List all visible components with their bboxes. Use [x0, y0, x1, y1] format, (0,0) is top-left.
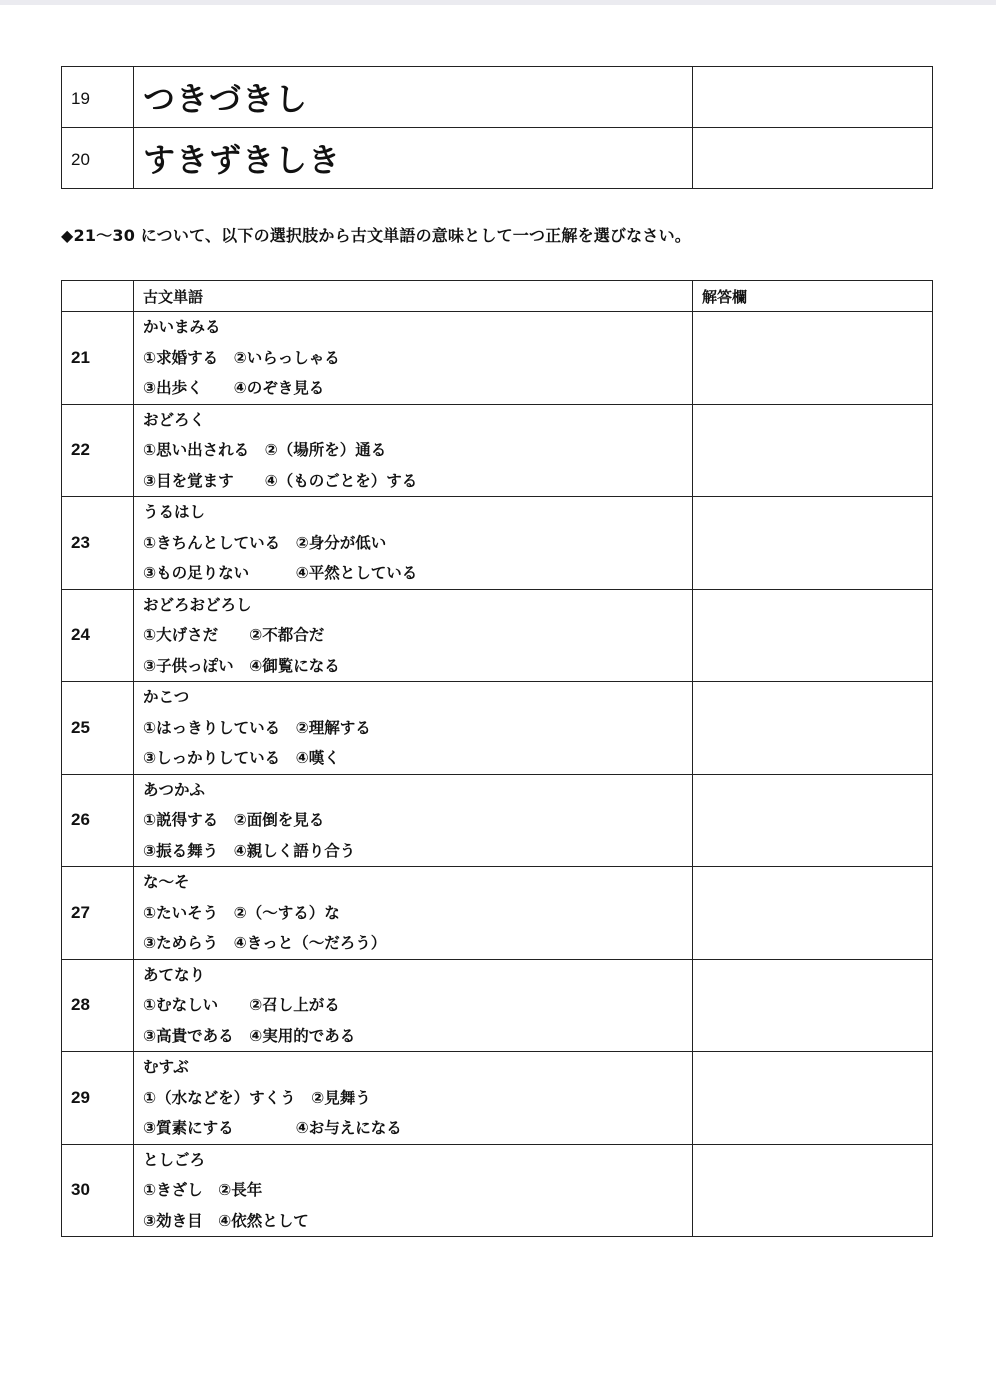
- choices-line-1: ①きちんとしている ②身分が低い: [143, 528, 692, 559]
- choices-line-2: ③高貴である ④実用的である: [143, 1021, 692, 1052]
- choices-line-2: ③もの足りない ④平然としている: [143, 558, 692, 589]
- kobun-word: かこつ: [143, 682, 692, 713]
- kobun-word: おどろく: [143, 405, 692, 436]
- question-number: 21: [62, 312, 134, 405]
- table-row: 25 かこつ ①はっきりしている ②理解する ③しっかりしている ④嘆く: [62, 682, 933, 775]
- answer-cell[interactable]: [693, 67, 933, 128]
- table-row: 23 うるはし ①きちんとしている ②身分が低い ③もの足りない ④平然としてい…: [62, 497, 933, 590]
- table-row: 21 かいまみる ①求婚する ②いらっしゃる ③出歩く ④のぞき見る: [62, 312, 933, 405]
- choices-line-1: ①説得する ②面倒を見る: [143, 805, 692, 836]
- question-cell: かいまみる ①求婚する ②いらっしゃる ③出歩く ④のぞき見る: [134, 312, 693, 405]
- choices-line-1: ①求婚する ②いらっしゃる: [143, 343, 692, 374]
- choices-line-1: ①はっきりしている ②理解する: [143, 713, 692, 744]
- choices-line-2: ③振る舞う ④親しく語り合う: [143, 836, 692, 867]
- question-number: 26: [62, 774, 134, 867]
- table-row: 27 な～そ ①たいそう ②（～する）な ③ためらう ④きっと（～だろう）: [62, 867, 933, 960]
- question-number: 27: [62, 867, 134, 960]
- kobun-word: な～そ: [143, 867, 692, 898]
- vocab-table-21-30: 古文単語 解答欄 21 かいまみる ①求婚する ②いらっしゃる ③出歩く ④のぞ…: [61, 280, 933, 1237]
- question-cell: むすぶ ①（水などを）すくう ②見舞う ③質素にする ④お与えになる: [134, 1052, 693, 1145]
- answer-cell[interactable]: [693, 1144, 933, 1237]
- question-cell: おどろく ①思い出される ②（場所を）通る ③目を覚ます ④（ものごとを）する: [134, 404, 693, 497]
- question-number: 23: [62, 497, 134, 590]
- answer-cell[interactable]: [693, 959, 933, 1052]
- table-row: 26 あつかふ ①説得する ②面倒を見る ③振る舞う ④親しく語り合う: [62, 774, 933, 867]
- answer-cell[interactable]: [693, 589, 933, 682]
- table-row: 24 おどろおどろし ①大げさだ ②不都合だ ③子供っぽい ④御覧になる: [62, 589, 933, 682]
- choices-line-1: ①思い出される ②（場所を）通る: [143, 435, 692, 466]
- table-row: 22 おどろく ①思い出される ②（場所を）通る ③目を覚ます ④（ものごとを）…: [62, 404, 933, 497]
- question-cell: うるはし ①きちんとしている ②身分が低い ③もの足りない ④平然としている: [134, 497, 693, 590]
- table-row: 19 つきづきし: [62, 67, 933, 128]
- answer-cell[interactable]: [693, 312, 933, 405]
- kobun-word: つきづきし: [134, 67, 693, 128]
- answer-cell[interactable]: [693, 1052, 933, 1145]
- question-number: 19: [62, 67, 134, 128]
- choices-line-2: ③出歩く ④のぞき見る: [143, 373, 692, 404]
- answer-cell[interactable]: [693, 404, 933, 497]
- question-number: 28: [62, 959, 134, 1052]
- choices-line-1: ①大げさだ ②不都合だ: [143, 620, 692, 651]
- instruction-text: ◆21～30 について、以下の選択肢から古文単語の意味として一つ正解を選びなさい…: [61, 223, 691, 246]
- kobun-word: すきずきしき: [134, 128, 693, 189]
- kobun-word: うるはし: [143, 497, 692, 528]
- question-number: 30: [62, 1144, 134, 1237]
- table-row: 28 あてなり ①むなしい ②召し上がる ③高貴である ④実用的である: [62, 959, 933, 1052]
- question-number: 22: [62, 404, 134, 497]
- choices-line-1: ①むなしい ②召し上がる: [143, 990, 692, 1021]
- question-number: 29: [62, 1052, 134, 1145]
- question-number: 20: [62, 128, 134, 189]
- question-cell: あてなり ①むなしい ②召し上がる ③高貴である ④実用的である: [134, 959, 693, 1052]
- answer-cell[interactable]: [693, 497, 933, 590]
- top-edge-strip: [0, 0, 996, 5]
- question-cell: な～そ ①たいそう ②（～する）な ③ためらう ④きっと（～だろう）: [134, 867, 693, 960]
- kobun-word: あてなり: [143, 960, 692, 991]
- header-number: [62, 281, 134, 312]
- answer-cell[interactable]: [693, 867, 933, 960]
- question-cell: かこつ ①はっきりしている ②理解する ③しっかりしている ④嘆く: [134, 682, 693, 775]
- answer-cell[interactable]: [693, 128, 933, 189]
- kobun-word: としごろ: [143, 1145, 692, 1176]
- choices-line-2: ③しっかりしている ④嘆く: [143, 743, 692, 774]
- question-number: 24: [62, 589, 134, 682]
- choices-line-2: ③子供っぽい ④御覧になる: [143, 651, 692, 682]
- question-cell: あつかふ ①説得する ②面倒を見る ③振る舞う ④親しく語り合う: [134, 774, 693, 867]
- choices-line-2: ③質素にする ④お与えになる: [143, 1113, 692, 1144]
- kobun-word: むすぶ: [143, 1052, 692, 1083]
- header-kobun-word: 古文単語: [134, 281, 693, 312]
- choices-line-1: ①（水などを）すくう ②見舞う: [143, 1083, 692, 1114]
- kobun-word: おどろおどろし: [143, 590, 692, 621]
- choices-line-2: ③ためらう ④きっと（～だろう）: [143, 928, 692, 959]
- answer-cell[interactable]: [693, 774, 933, 867]
- choices-line-1: ①きざし ②長年: [143, 1175, 692, 1206]
- table-row: 30 としごろ ①きざし ②長年 ③効き目 ④依然として: [62, 1144, 933, 1237]
- choices-line-1: ①たいそう ②（～する）な: [143, 898, 692, 929]
- question-cell: おどろおどろし ①大げさだ ②不都合だ ③子供っぽい ④御覧になる: [134, 589, 693, 682]
- kobun-word: あつかふ: [143, 775, 692, 806]
- vocab-table-19-20: 19 つきづきし 20 すきずきしき: [61, 66, 933, 189]
- question-number: 25: [62, 682, 134, 775]
- table-row: 29 むすぶ ①（水などを）すくう ②見舞う ③質素にする ④お与えになる: [62, 1052, 933, 1145]
- table-header-row: 古文単語 解答欄: [62, 281, 933, 312]
- answer-cell[interactable]: [693, 682, 933, 775]
- header-answer: 解答欄: [693, 281, 933, 312]
- table-row: 20 すきずきしき: [62, 128, 933, 189]
- choices-line-2: ③目を覚ます ④（ものごとを）する: [143, 466, 692, 497]
- question-cell: としごろ ①きざし ②長年 ③効き目 ④依然として: [134, 1144, 693, 1237]
- kobun-word: かいまみる: [143, 312, 692, 343]
- choices-line-2: ③効き目 ④依然として: [143, 1206, 692, 1237]
